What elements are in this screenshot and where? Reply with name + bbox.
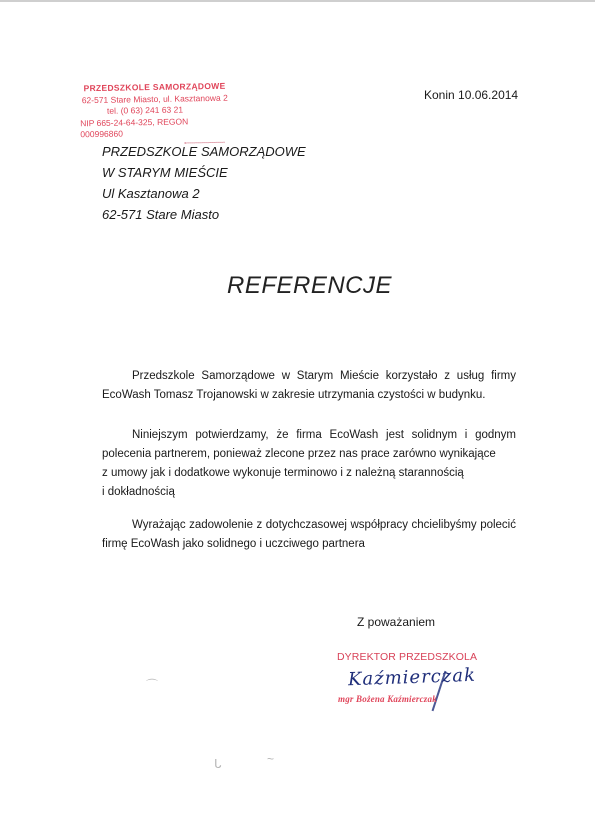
paragraph-3-line-2: firmę EcoWash jako solidnego i uczciwego… (102, 535, 516, 554)
recipient-line-4: 62-571 Stare Miasto (102, 204, 306, 225)
scan-speck: ~ (267, 752, 274, 766)
scan-speck: ⌒ (146, 676, 158, 693)
document-title-text: REFERENCJE (227, 272, 392, 299)
paragraph-3: Wyrażając zadowolenie z dotychczasowej w… (102, 516, 516, 554)
paragraph-1: Przedszkole Samorządowe w Starym Mieście… (102, 367, 516, 405)
paragraph-2-line-4: i dokładnością (102, 483, 516, 502)
paragraph-1-line-1: Przedszkole Samorządowe w Starym Mieście… (102, 367, 516, 386)
recipient-line-3: Ul Kasztanowa 2 (102, 183, 306, 204)
recipient-line-2: W STARYM MIEŚCIE (102, 162, 306, 183)
scan-speck: ᒐ (214, 757, 222, 771)
handwritten-signature: Kaźmierczak (348, 665, 477, 690)
paragraph-2-line-3: z umowy jak i dodatkowe wykonuje termino… (102, 464, 516, 483)
document-title: REFERENCJE (0, 272, 595, 300)
paragraph-3-line-1: Wyrażając zadowolenie z dotychczasowej w… (102, 516, 516, 535)
paragraph-2-line-1: Niniejszym potwierdzamy, że firma EcoWas… (102, 426, 516, 445)
director-name-stamp: mgr Bożena Kaźmierczak (338, 694, 437, 704)
paragraph-2: Niniejszym potwierdzamy, że firma EcoWas… (102, 426, 516, 502)
paragraph-1-line-2: EcoWash Tomasz Trojanowski w zakresie ut… (102, 386, 516, 405)
closing-salutation: Z poważaniem (357, 615, 435, 629)
scan-top-edge (0, 0, 595, 2)
institution-stamp: PRZEDSZKOLE SAMORZĄDOWE 62-571 Stare Mia… (79, 81, 230, 145)
place-and-date: Konin 10.06.2014 (424, 88, 518, 102)
recipient-line-1: PRZEDSZKOLE SAMORZĄDOWE (102, 141, 306, 162)
stamp-tax-ids: NIP 665-24-64-325, REGON 000996860 (80, 115, 230, 141)
director-stamp-title: DYREKTOR PRZEDSZKOLA (337, 651, 477, 663)
recipient-address: PRZEDSZKOLE SAMORZĄDOWE W STARYM MIEŚCIE… (102, 141, 306, 225)
paragraph-2-line-2: polecenia partnerem, ponieważ zlecone pr… (102, 445, 516, 464)
